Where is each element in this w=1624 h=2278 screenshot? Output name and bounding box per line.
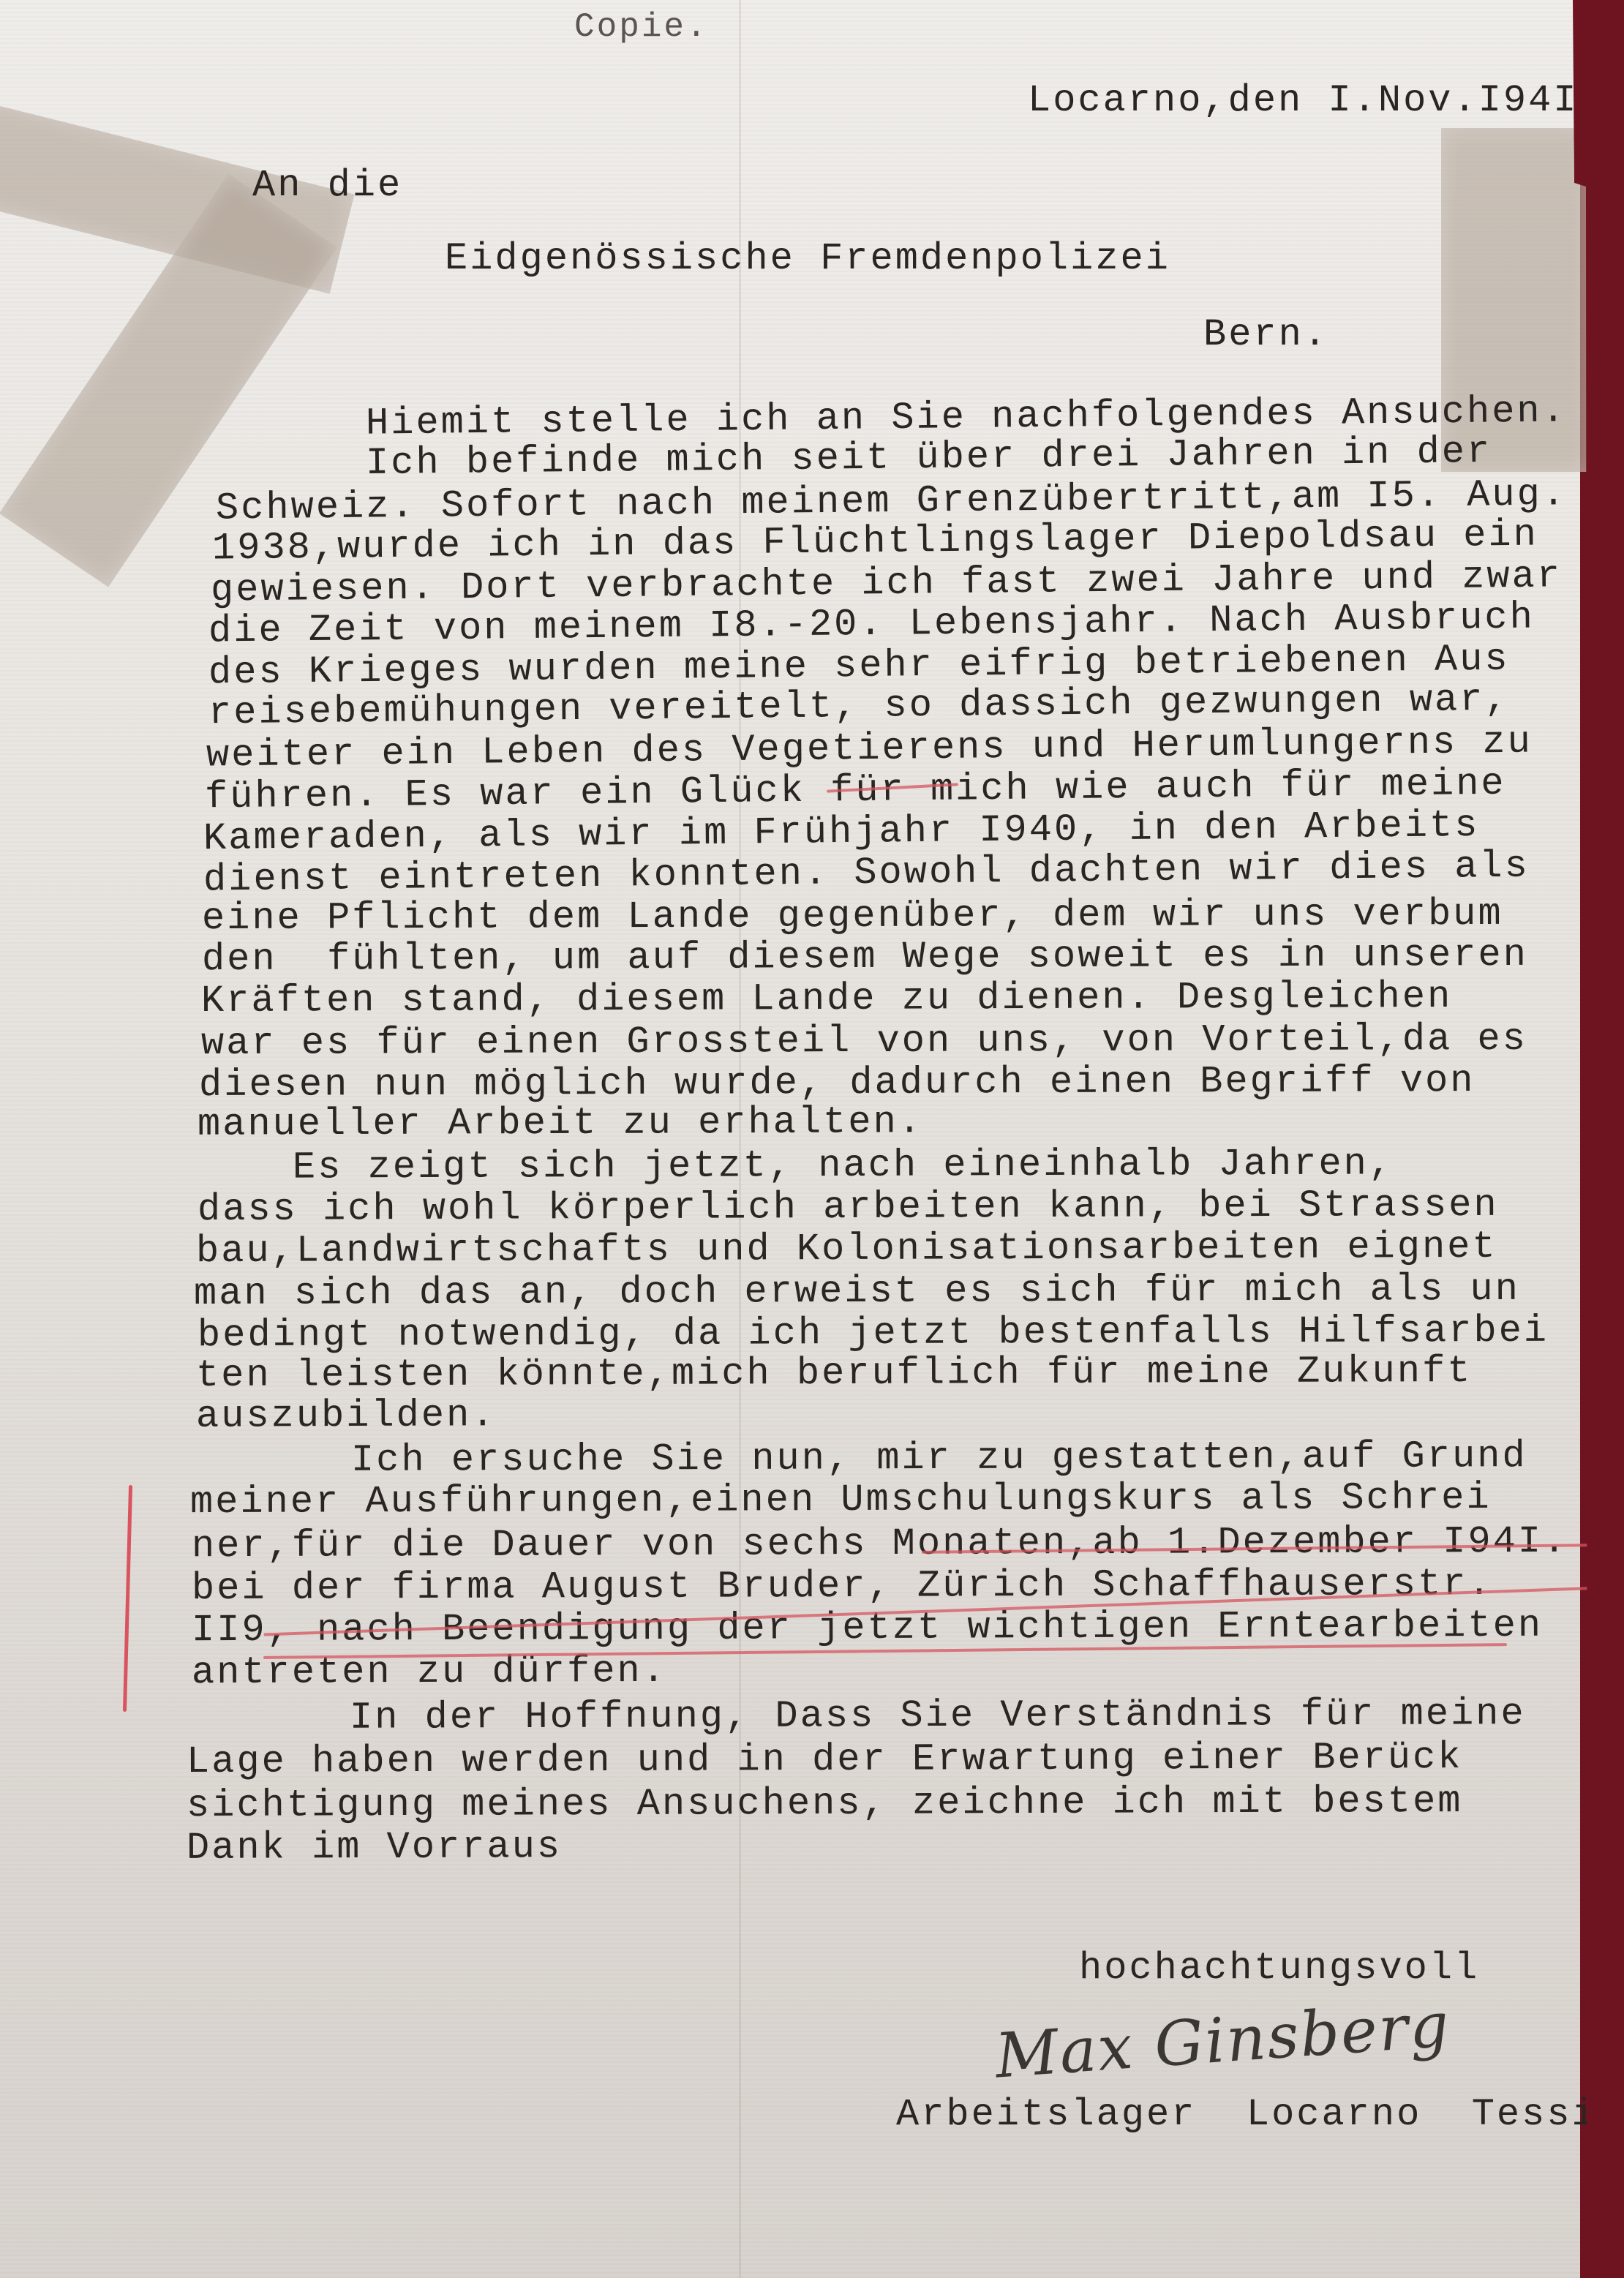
- sender-line: Arbeitslager Locarno Tessi: [896, 2096, 1597, 2134]
- body-line: dass ich wohl körperlich arbeiten kann, …: [198, 1187, 1499, 1229]
- recipient-city: Bern.: [1203, 316, 1328, 354]
- body-line: ner,für die Dauer von sechs Monaten,ab 1…: [192, 1523, 1568, 1566]
- body-line: eine Pflicht dem Lande gegenüber, dem wi…: [202, 895, 1503, 938]
- body-line: ten leisten könnte,mich beruflich für me…: [196, 1353, 1473, 1395]
- body-line: Dank im Vorraus: [187, 1828, 562, 1868]
- body-line: bei der firma August Bruder, Zürich Scha…: [192, 1565, 1493, 1608]
- body-line: bedingt notwendig, da ich jetzt bestenfa…: [198, 1312, 1549, 1355]
- handwritten-signature: Max Ginsberg: [993, 1988, 1452, 2091]
- place-date: Locarno,den I.Nov.I94I.: [1028, 82, 1604, 120]
- body-line: man sich das an, doch erweist es sich fü…: [194, 1271, 1520, 1313]
- body-line: meiner Ausführungen,einen Umschulungskur…: [190, 1479, 1492, 1522]
- copy-note: Copie.: [574, 10, 709, 44]
- recipient: Eidgenössische Fremdenpolizei: [445, 240, 1170, 278]
- body-line: bau,Landwirtschafts und Kolonisationsarb…: [196, 1228, 1497, 1271]
- body-line: diesen nun möglich wurde, dadurch einen …: [199, 1062, 1475, 1105]
- closing: hochachtungsvoll: [1079, 1950, 1479, 1988]
- body-line: In der Hoffnung, Dass Sie Verständnis fü…: [350, 1695, 1526, 1737]
- salutation-to: An die: [252, 167, 402, 205]
- body-line: Lage haben werden und in der Erwartung e…: [187, 1739, 1463, 1781]
- body-line: auszubilden.: [196, 1397, 497, 1435]
- letter-paper: Copie. Locarno,den I.Nov.I94I. An die Ei…: [0, 0, 1580, 2278]
- body-line: war es für einen Grossteil von uns, von …: [201, 1020, 1527, 1063]
- body-line: Ich ersuche Sie nun, mir zu gestatten,au…: [351, 1437, 1527, 1480]
- body-line: den fühlten, um auf diesem Wege soweit e…: [202, 936, 1528, 979]
- body-line: manueller Arbeit zu erhalten.: [198, 1103, 923, 1143]
- body-line: Es zeigt sich jetzt, nach eineinhalb Jah…: [293, 1145, 1394, 1187]
- body-line: sichtigung meines Ansuchens, zeichne ich…: [187, 1783, 1463, 1825]
- body-line: Kräften stand, diesem Lande zu dienen. D…: [201, 978, 1452, 1020]
- red-margin-mark: [123, 1485, 132, 1712]
